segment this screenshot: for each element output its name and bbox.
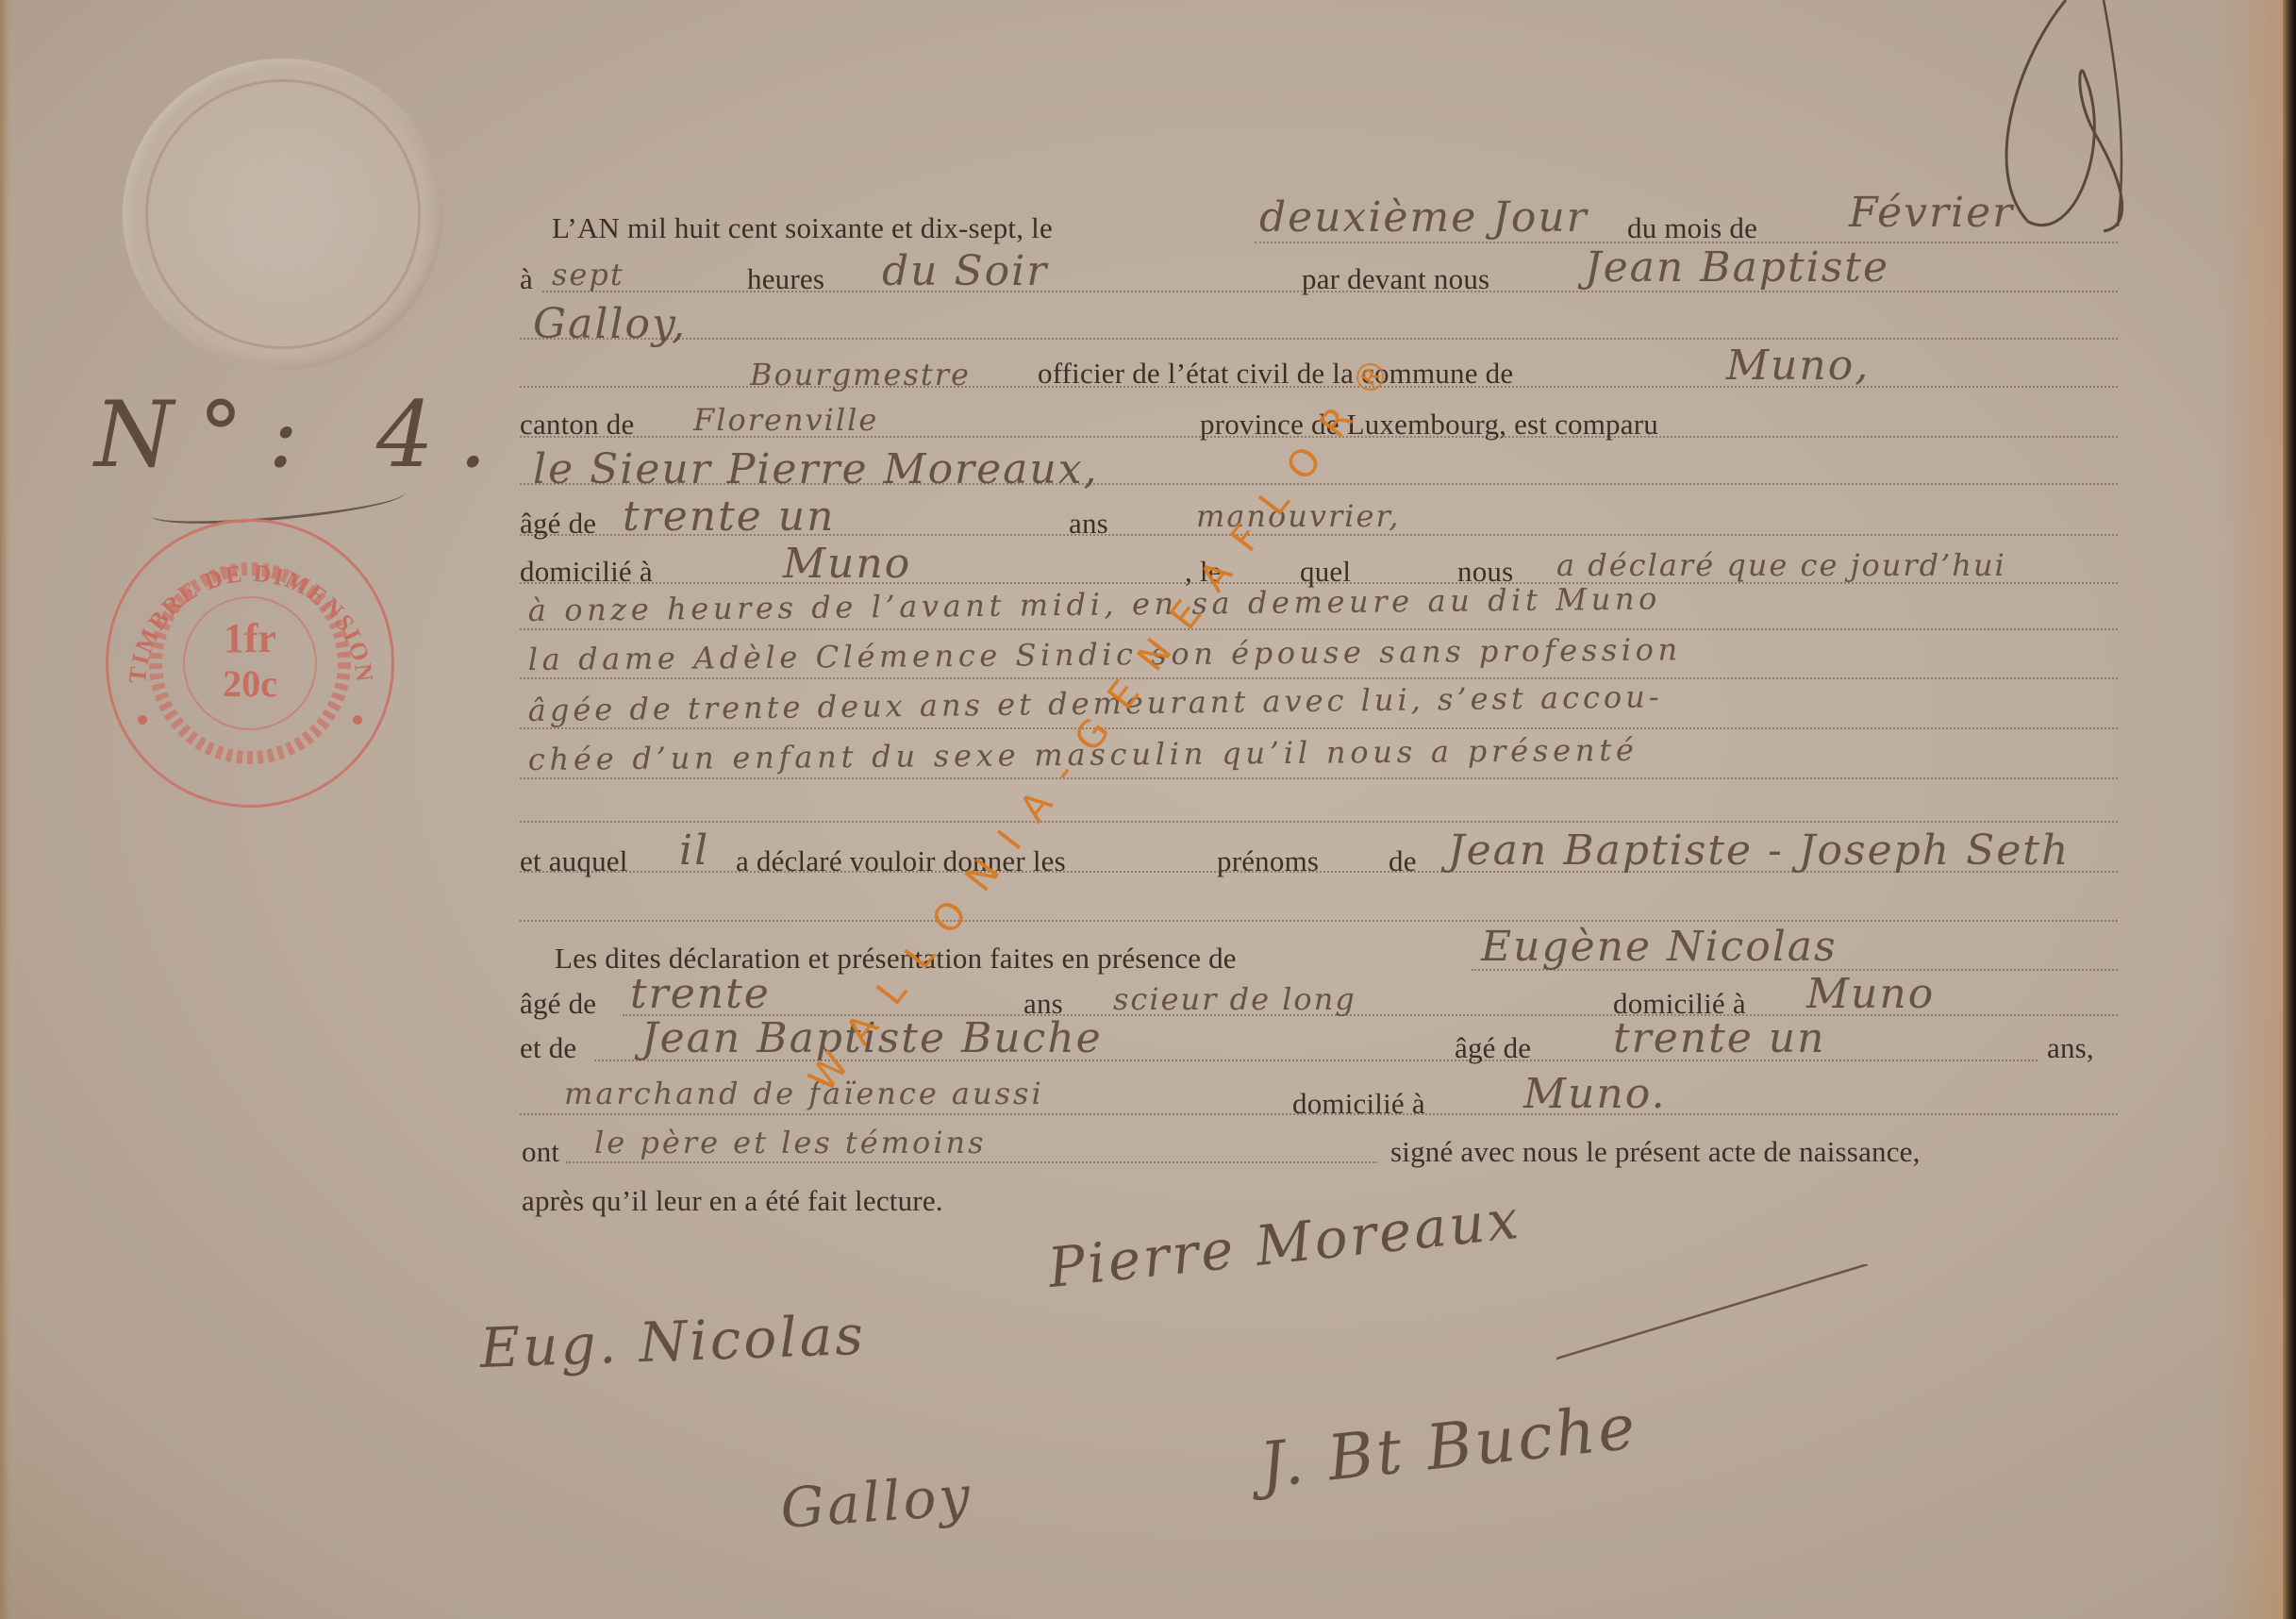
rule-line-3 — [520, 338, 2118, 340]
hand-declarant: le Sieur Pierre Moreaux, — [533, 445, 1099, 493]
print-line-8a: domicilié à — [520, 555, 653, 589]
signature-witness-1: Eug. Nicolas — [479, 1303, 867, 1380]
page-right-shadow — [2217, 0, 2283, 1619]
hand-witness-1-age: trente — [630, 970, 771, 1018]
hand-witness-1-name: Eugène Nicolas — [1481, 923, 1838, 971]
hand-commune: Muno, — [1726, 342, 1870, 390]
rule-line-20 — [566, 1161, 1377, 1163]
act-number: N°: 4. — [94, 382, 511, 488]
hand-declarant-residence: Muno — [783, 540, 911, 588]
page-left-edge — [0, 0, 9, 1619]
hand-officer-surname: Galloy, — [533, 300, 687, 348]
hand-declaration-start: a déclaré que ce jourd’hui — [1556, 547, 2006, 583]
print-line-7a: âgé de — [520, 507, 596, 541]
hand-witness-2-residence: Muno. — [1523, 1070, 1666, 1118]
print-line-13a: et auquel — [520, 844, 628, 878]
signature-underline-stroke-icon — [1556, 1264, 1877, 1368]
hand-witness-2-occupation: marchand de faïence aussi — [564, 1076, 1044, 1111]
hand-time-of-day: du Soir — [882, 247, 1048, 295]
print-line-17a: domicilié à — [1292, 1087, 1425, 1121]
print-line-13c: prénoms — [1217, 844, 1319, 878]
print-line-1b: du mois de — [1627, 211, 1757, 245]
print-line-5b: province de Luxembourg, est comparu — [1200, 408, 1658, 442]
hand-officer-title: Bourgmestre — [750, 357, 971, 392]
stamp-value-centimes: 20c — [108, 661, 391, 706]
print-line-16c: ans, — [2047, 1031, 2094, 1065]
print-line-13d: de — [1389, 844, 1417, 878]
print-line-4a: officier de l’état civil de la commune d… — [1038, 357, 1513, 391]
signature-officer: Galloy — [778, 1463, 974, 1541]
print-line-2b: heures — [747, 262, 824, 296]
print-line-16a: et de — [520, 1031, 576, 1065]
stamp-value-francs: 1fr — [108, 614, 391, 662]
page-right-edge — [2283, 0, 2296, 1619]
print-line-18a: ont — [522, 1135, 559, 1169]
hand-witness-2-age: trente un — [1613, 1014, 1825, 1062]
rule-line-9 — [520, 628, 2118, 630]
rule-line-10 — [520, 677, 2118, 679]
print-line-7b: ans — [1069, 507, 1108, 541]
hand-pronoun: il — [679, 826, 709, 875]
hand-officer-first-name: Jean Baptiste — [1585, 243, 1889, 292]
hand-canton: Florenville — [693, 402, 878, 438]
hand-witness-1-occupation: scieur de long — [1113, 981, 1356, 1017]
hand-witness-1-residence: Muno — [1806, 970, 1935, 1018]
print-line-5a: canton de — [520, 408, 634, 442]
print-line-15a: âgé de — [520, 987, 596, 1021]
timbre-stamp: TIMBRE DE DIMENSION 1fr 20c — [106, 519, 394, 808]
print-line-19a: après qu’il leur en a été fait lecture. — [522, 1184, 943, 1218]
print-line-16b: âgé de — [1455, 1031, 1531, 1065]
rule-line-13 — [520, 821, 2118, 823]
embossed-seal — [123, 58, 443, 370]
rule-line-15 — [520, 920, 2118, 922]
hand-signers: le père et les témoins — [594, 1125, 987, 1160]
margin-flourish-icon — [1962, 0, 2151, 311]
print-line-18b: signé avec nous le présent acte de naiss… — [1390, 1135, 1921, 1169]
print-line-2a: à — [520, 262, 533, 296]
print-line-1a: L’AN mil huit cent soixante et dix-sept,… — [552, 211, 1053, 245]
embossed-seal-ring — [145, 79, 421, 349]
hand-child-given-names: Jean Baptiste - Joseph Seth — [1448, 826, 2070, 875]
hand-day: deuxième Jour — [1259, 193, 1589, 242]
hand-hour: sept — [552, 257, 624, 292]
rule-line-12 — [520, 777, 2118, 779]
rule-line-11 — [520, 727, 2118, 729]
hand-declarant-age: trente un — [623, 492, 835, 541]
print-line-2c: par devant nous — [1302, 262, 1489, 296]
